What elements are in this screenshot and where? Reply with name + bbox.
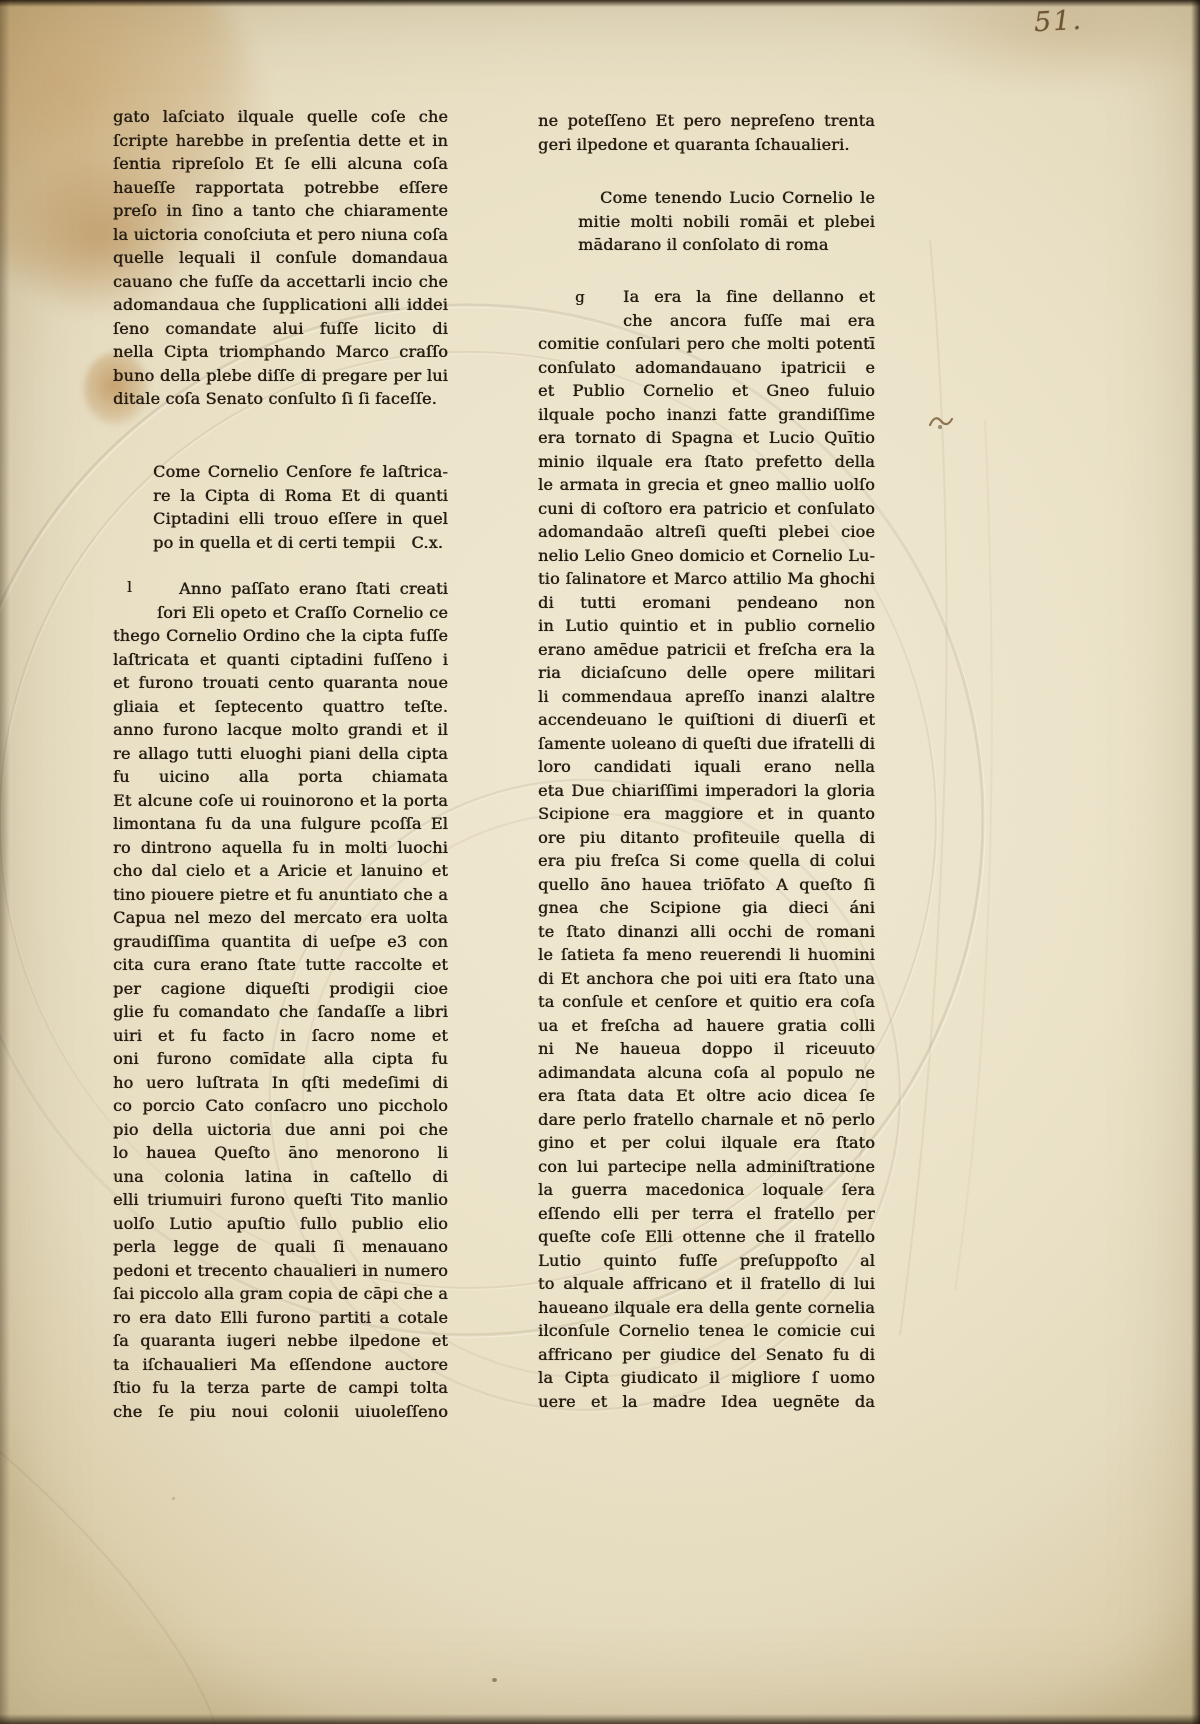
text-line: mādarano il conſolato di roma C.xi. <box>578 233 875 257</box>
text-line: ne poteſſeno Et pero nepreſeno trenta Iu… <box>538 109 875 133</box>
incunabulum-page-scan: 51. gato laſciato ilquale quelle coſe ch… <box>0 0 1200 1724</box>
text-line: dare perlo fratello charnale et nō perlo… <box>538 1108 875 1132</box>
ink-speck <box>938 425 942 429</box>
text-line: Come Cornelio Cenſore fe laſtrica- <box>153 460 448 484</box>
text-line: era tornato di Spagna et Lucio Quītio fl… <box>538 426 875 450</box>
text-line: affricano per giudice del Senato fu di t… <box>538 1343 875 1367</box>
text-line: conſulato adomandauano ipatricii e plebe… <box>538 356 875 380</box>
text-line: ore piu ditanto profiteuile quella di qu… <box>538 826 875 850</box>
text-line: Scipione era maggiore et in quanto maggi <box>538 802 875 826</box>
text-line: eſſendo elli per terra el fratello per m… <box>538 1202 875 1226</box>
text-line: loro candidati iquali erano nella preſen… <box>538 755 875 779</box>
text-line: ro era dato Elli furono partiti a cotale… <box>113 1306 448 1330</box>
text-line: adomandaua che ſupplicationi alli iddei … <box>113 293 448 317</box>
text-line: ilconſule Cornelio tenea le comicie cui … <box>538 1319 875 1343</box>
text-line: tino piouere pietre et fu anuntiato che … <box>113 883 448 907</box>
text-line: haueano ilquale era della gente cornelia… <box>538 1296 875 1320</box>
text-line: ho uero luſtrata In qſti medeſimi di Mar… <box>113 1071 448 1095</box>
text-line: gnea che Scipione gia dieci áni cótinuam… <box>538 896 875 920</box>
text-line: le armata in grecia et gneo mallio uolſo… <box>538 473 875 497</box>
text-line: comitie conſulari pero che molti potentī… <box>538 332 875 356</box>
text-line: elli triumuiri furono queſti Tito manlio <box>113 1188 448 1212</box>
text-line: ni Ne haueua doppo il riceuuto triompho <box>538 1037 875 1061</box>
text-line: pedoni et trecento chaualieri in numero … <box>113 1259 448 1283</box>
text-line: li commendaua apreſſo inanzi alaltre coſ… <box>538 685 875 709</box>
text-line: per cagione diqueſti prodigii cioe merau… <box>113 977 448 1001</box>
text-line: tio ſalinatore et Marco attilio Ma ghoch… <box>538 567 875 591</box>
text-line: la uictoria conoſciuta et pero niuna coſ… <box>113 223 448 247</box>
text-line: che ancora fuſſe mai era acceſa nelle <box>538 309 875 333</box>
text-line: uiri et fu facto in ſacro nome et ſuppli… <box>113 1024 448 1048</box>
chapter-paragraph-cx: Anno paſſato erano ſtati creati Cenſori … <box>113 577 448 1423</box>
text-line: ria diciaſcuno delle opere militari lequ… <box>538 661 875 685</box>
chapter-heading-cx: Come Cornelio Cenſore fe laſtrica-re la … <box>113 460 448 554</box>
scan-edge-left <box>0 0 10 1724</box>
ink-speck <box>172 1497 175 1500</box>
text-line: re allago tutti eluoghi piani della cipt… <box>113 742 448 766</box>
text-line: po in quella et di certi tempii C.x. <box>153 531 448 555</box>
text-line: ſeno comandate alui fuſſe licito di entr… <box>113 317 448 341</box>
text-line: uere et la madre Idea uegnēte da peſimōt… <box>538 1390 875 1414</box>
text-line: adimandata alcuna coſa al populo ne non … <box>538 1061 875 1085</box>
text-line: la Cipta giudicato il migliore ſ uomo ar… <box>538 1366 875 1390</box>
text-line: Anno paſſato erano ſtati creati Cen <box>113 577 448 601</box>
text-line: ſtio fu la terza parte de campi tolta Ac… <box>113 1376 448 1400</box>
text-line: Ia era la fine dellanno et ābitione piu <box>538 285 875 309</box>
text-line: ta conſule et cenſore et quitio era coſa… <box>538 990 875 1014</box>
text-line: preſo in ſino a tanto che chiaramente fu… <box>113 199 448 223</box>
text-line: Ciptadini elli trouo eſſere in quel tē <box>153 507 448 531</box>
chapter-paragraph-cxi: Ia era la fine dellanno et ābitione piuc… <box>538 285 875 1413</box>
text-line: gliaia et ſeptecento quattro teſte. Queſ… <box>113 695 448 719</box>
text-line: to alquale affricano et il fratello di l… <box>538 1272 875 1296</box>
continuation-text-block: ne poteſſeno Et pero nepreſeno trenta Iu… <box>538 109 875 156</box>
text-line: uolſo Lutio apuſtio fullo publio elio ti… <box>113 1212 448 1236</box>
text-line: Come tenendo Lucio Cornelio le cō <box>578 186 875 210</box>
text-line: di tutti eromani pendeano non ſolamente <box>538 591 875 615</box>
text-line: ſai piccolo alla gram copia de cāpi che … <box>113 1282 448 1306</box>
text-line: di Et anchora che poi uiti era ſtato una… <box>538 967 875 991</box>
text-line: adomandaāo altreſi queſti plebei cioe co… <box>538 520 875 544</box>
text-line: geri ilpedone et quaranta ſchaualieri. <box>538 133 875 157</box>
ink-speck <box>492 1678 497 1682</box>
text-line: in Lutio quintio et in publio cornelio e… <box>538 614 875 638</box>
text-line: ſcripte harebbe in preſentia dette et in… <box>113 129 448 153</box>
text-line: laſtricata et quanti ciptadini fuſſeno i… <box>113 648 448 672</box>
text-line: ditale coſa Senato conſulto ſi ſi faceſſ… <box>113 387 448 411</box>
text-line: minio ilquale era ſtato prefetto della n… <box>538 450 875 474</box>
text-line: perla legge de quali ſi menauano tremila <box>113 1235 448 1259</box>
scan-edge-bottom <box>0 1714 1200 1724</box>
text-line: con lui partecipe nella adminiſtratione … <box>538 1155 875 1179</box>
text-line: co porcio Cato conſacro uno piccholo tem <box>113 1094 448 1118</box>
text-line: pio della uictoria due anni poi che bota… <box>113 1118 448 1142</box>
text-line: te ſtato dinanzi alli occhi de romani la… <box>538 920 875 944</box>
text-line: quello āno hauea triōfato A queſto ſi ag… <box>538 873 875 897</box>
text-line: Capua nel mezo del mercato era uolta una <box>113 906 448 930</box>
text-line: erano amēdue patricii et freſcha era la … <box>538 638 875 662</box>
text-line: anno furono lacque molto grandi et il te… <box>113 718 448 742</box>
text-line: ſamente uoleano di queſti due ifratelli … <box>538 732 875 756</box>
text-line: lo hauea Queſto āno menorono li huomini <box>113 1141 448 1165</box>
text-line: cuni di coſtoro era patricio et conſulat… <box>538 497 875 521</box>
text-line: la guerra macedonica loquale ſera aopera… <box>538 1178 875 1202</box>
text-line: nelio Lelio Gneo domicio et Cornelio Lu- <box>538 544 875 568</box>
text-line: cho dal cielo et a Aricie et lanuino et … <box>113 859 448 883</box>
text-line: buno della plebe diſſe di pregare per lu… <box>113 364 448 388</box>
text-line: ſentia ripreſolo Et ſe elli alcuna coſa … <box>113 152 448 176</box>
continuation-text-block: gato laſciato ilquale quelle coſe che ha… <box>113 105 448 411</box>
text-line: ſori Eli opeto et Craſſo Cornelio ce <box>113 601 448 625</box>
text-line: ro dintrono aquella fu in molti luochi t… <box>113 836 448 860</box>
scan-edge-right <box>1191 0 1200 1724</box>
text-line: thego Cornelio Ordino che la cipta fuſſe <box>113 624 448 648</box>
text-line: Et alcune coſe ui rouinorono et la porta… <box>113 789 448 813</box>
text-line: limontana fu da una fulgure pcoſſa El mu… <box>113 812 448 836</box>
text-line: et Publio Cornelio et Gneo fuluio ſcipio… <box>538 379 875 403</box>
text-line: una colonia latina in caſtello di fioren… <box>113 1165 448 1189</box>
text-line: queſte coſe Elli ottenne che il fratello… <box>538 1225 875 1249</box>
folio-number: 51. <box>1033 5 1084 39</box>
text-line: accendeuano le quiſtioni di diuerſi et d… <box>538 708 875 732</box>
text-line: mitie molti nobili romāi et plebei do <box>578 210 875 234</box>
chapter-heading-cxi: Come tenendo Lucio Cornelio le cōmitie m… <box>538 186 875 257</box>
text-line: Lutio quinto fuſſe preſuppoſto al candid… <box>538 1249 875 1273</box>
text-line: et furono trouati cento quaranta noue mi <box>113 671 448 695</box>
text-line: re la Cipta di Roma Et di quanti <box>153 484 448 508</box>
text-line: cauano che fuſſe da accettarli incio che… <box>113 270 448 294</box>
text-line: che ſe piu noui colonii uiuoleſſeno ſcri… <box>113 1400 448 1424</box>
text-line: gato laſciato ilquale quelle coſe che ha… <box>113 105 448 129</box>
text-line: ta iſchaualieri Ma eſſendone auctore Apu <box>113 1353 448 1377</box>
margin-ink-mark <box>928 412 954 430</box>
scan-edge-top <box>0 0 1200 7</box>
text-line: ua et freſcha ad hauere gratia colli huo… <box>538 1014 875 1038</box>
text-line: era ſtata data Et oltre acio dicea ſe ad… <box>538 1084 875 1108</box>
text-line: haueſſe rapportata potrebbe eſſere ſtato… <box>113 176 448 200</box>
text-line: le ſatieta fa meno reuerendi li huomini … <box>538 943 875 967</box>
text-line: glie fu comandato che ſandaſſe a libri d… <box>113 1000 448 1024</box>
text-line: ſa quaranta iugeri nebbe ilpedone et ſex… <box>113 1329 448 1353</box>
text-line: ilquale pocho inanzi fatte grandiſſime c… <box>538 403 875 427</box>
text-line: graudiſſima quantita di ueſpe e3 con ſol… <box>113 930 448 954</box>
text-line: oni furono comīdate alla cipta fu leſtra… <box>113 1047 448 1071</box>
text-line: cita cura erano ſtate tutte raccolte et … <box>113 953 448 977</box>
text-line: era piu freſca Si come quella di colui c… <box>538 849 875 873</box>
text-line: gino et per colui ilquale era ſtato inſi… <box>538 1131 875 1155</box>
text-line: nella Cipta triomphando Marco craſſo tri <box>113 340 448 364</box>
text-line: eta Due chiariſſimi imperadori la gloria… <box>538 779 875 803</box>
text-line: quelle lequali il conſule domandaua giud… <box>113 246 448 270</box>
text-line: fu uicino alla porta chiamata frumentari… <box>113 765 448 789</box>
